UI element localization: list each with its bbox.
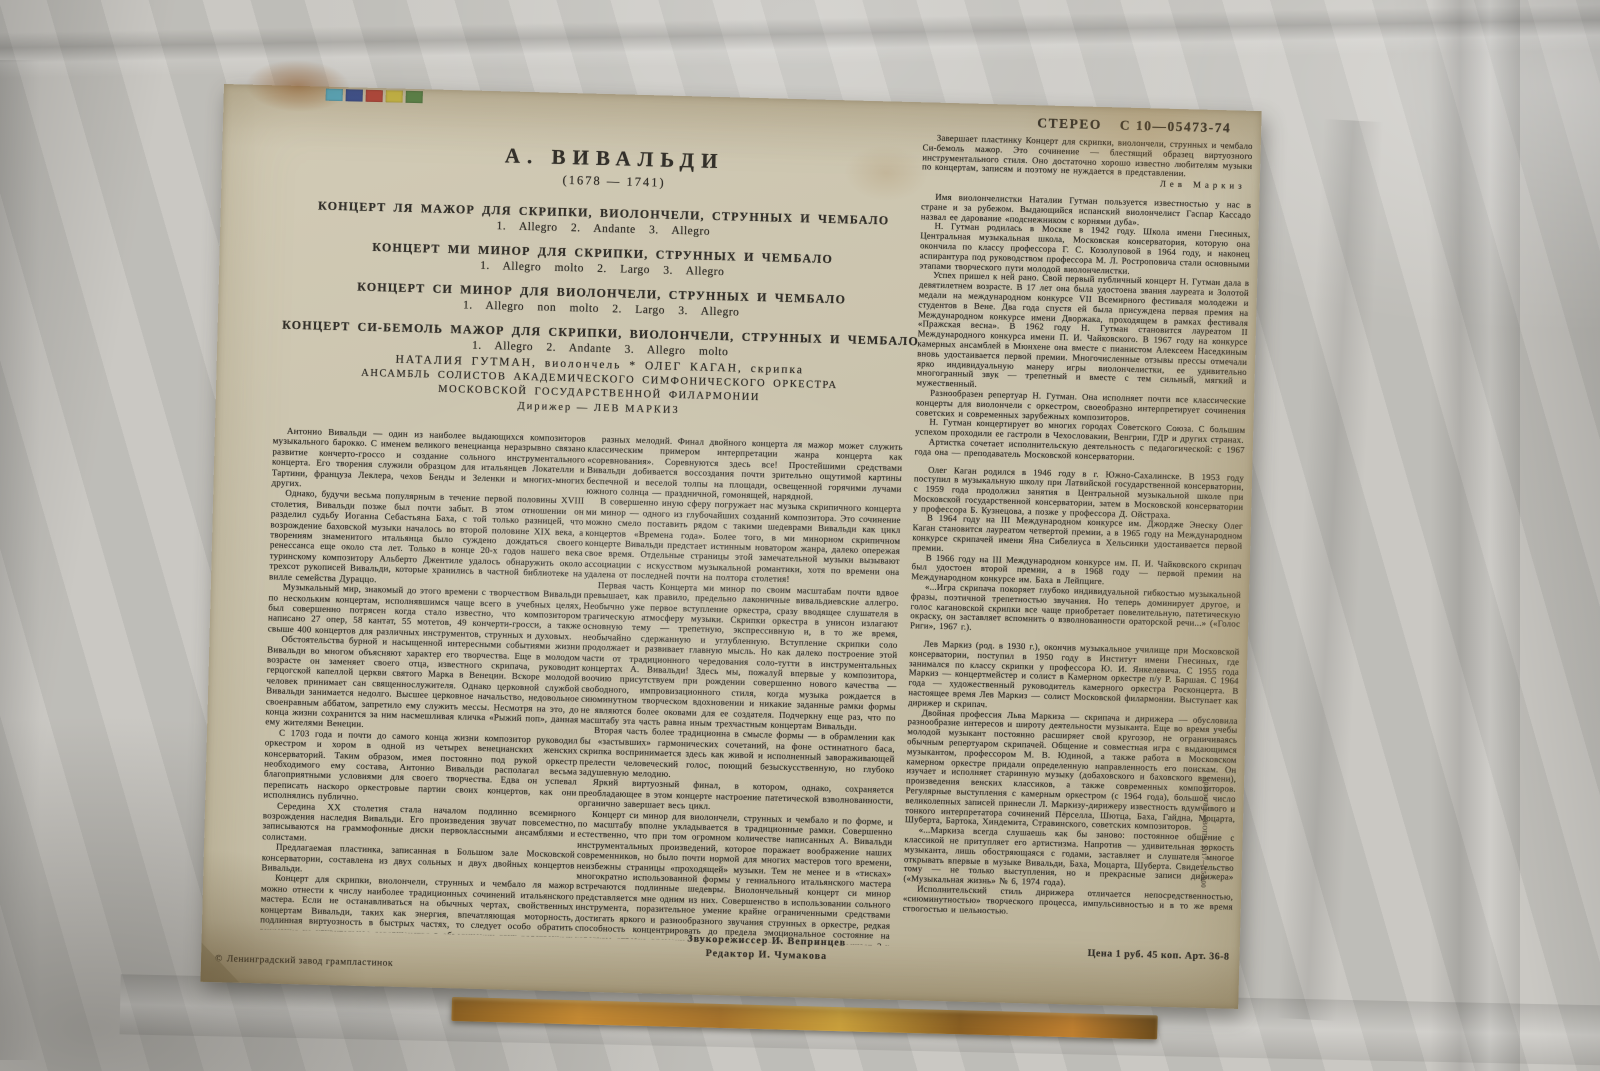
liner-notes-column-2: разных мелодий. Финал двойного концерта … xyxy=(575,434,903,946)
notes-paragraph: Вторая часть более традиционна в смысле … xyxy=(579,725,895,785)
notes-paragraph: Концерт для скрипки, виолончели, струнны… xyxy=(260,873,574,938)
price-label: Цена 1 руб. 45 коп. Арт. 36-8 xyxy=(1023,946,1229,962)
cloth-fold xyxy=(1276,119,1383,1021)
notes-paragraph: Успех пришел к ней рано. Свой первый пуб… xyxy=(916,271,1249,397)
notes-paragraph: «...Игра скрипача покоряет глубоко индив… xyxy=(910,582,1241,640)
notes-paragraph: Первая часть Концерта ми минор по своим … xyxy=(580,579,899,733)
cloth-fold xyxy=(0,3,1600,80)
notes-paragraph: разных мелодий. Финал двойного концерта … xyxy=(586,434,903,505)
tracklist: КОНЦЕРТ ЛЯ МАЖОР ДЛЯ СКРИПКИ, ВИОЛОНЧЕЛИ… xyxy=(275,197,929,374)
title-block: А. ВИВАЛЬДИ (1678 — 1741) xyxy=(301,138,927,197)
pressing-plant-name: Ленинградский завод грампластинок xyxy=(227,954,394,968)
production-credits: Звукорежиссер И. Вепринцев Редактор И. Ч… xyxy=(531,928,1002,968)
track-entry: КОНЦЕРТ МИ МИНОР ДЛЯ СКРИПКИ, СТРУННЫХ И… xyxy=(277,237,928,283)
photo-background: СТЕРЕОС 10—05473-74 А. ВИВАЛЬДИ (1678 — … xyxy=(0,0,1600,1071)
track-entry: КОНЦЕРТ ЛЯ МАЖОР ДЛЯ СКРИПКИ, ВИОЛОНЧЕЛИ… xyxy=(278,197,929,243)
notes-paragraph: Однако, будучи весьма популярным в течен… xyxy=(269,488,584,590)
cloth-fold xyxy=(1430,0,1520,1071)
track-entry: КОНЦЕРТ СИ МИНОР ДЛЯ ВИОЛОНЧЕЛИ, СТРУННЫ… xyxy=(276,277,927,323)
sleeve-corner-wear xyxy=(200,942,247,983)
notes-paragraph: Антонио Вивальди — один из наиболее выда… xyxy=(271,425,586,496)
cloth-fold xyxy=(0,60,40,1060)
notes-paragraph: Музыкальный мир, знакомый до этого време… xyxy=(268,581,582,641)
stereo-catalog-line: СТЕРЕОС 10—05473-74 xyxy=(911,112,1245,137)
notes-paragraph: Двойная профессия Льва Маркиза — скрипач… xyxy=(905,708,1238,834)
notes-paragraph: Обстоятельства бурной и насыщенной интер… xyxy=(265,633,580,735)
notes-paragraph: В совершенно иную сферу погружает нас му… xyxy=(584,496,901,587)
liner-notes-column-3: Завершает пластинку Концерт для скрипки,… xyxy=(903,133,1253,919)
stereo-label: СТЕРЕО xyxy=(1037,115,1102,132)
notes-paragraph: Лев Маркиз (род. в 1930 г.), окончив муз… xyxy=(908,639,1240,716)
notes-paragraph: Концерт си минор для виолончели, струнны… xyxy=(575,808,893,946)
notes-paragraph: С 1703 года и почти до самого конца жизн… xyxy=(263,727,578,808)
notes-paragraph: «...Маркиза всегда слушаешь как бы занов… xyxy=(903,825,1234,892)
catalog-number: С 10—05473-74 xyxy=(1120,117,1232,135)
liner-notes-column-1: Антонио Вивальди — один из наиболее выда… xyxy=(260,425,586,937)
record-sleeve: СТЕРЕОС 10—05473-74 А. ВИВАЛЬДИ (1678 — … xyxy=(200,84,1261,1009)
